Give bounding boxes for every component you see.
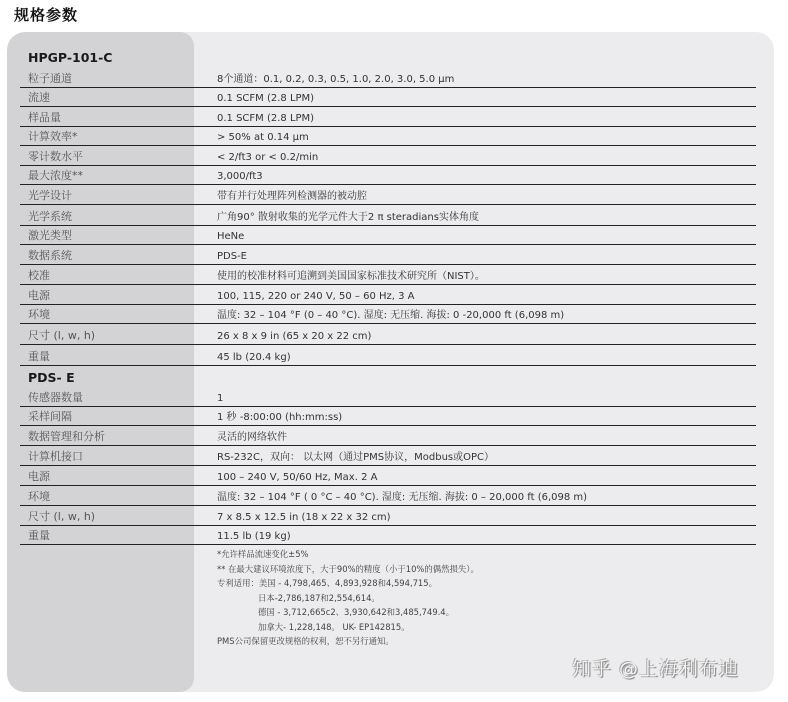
table-row: 光学系统广角90° 散射收集的光学元件大于2 π steradians实体角度 xyxy=(20,205,756,226)
table-row: 校准使用的校准材料可追溯到美国国家标准技术研究所（NIST）。 xyxy=(20,265,756,285)
row-label: 重量 xyxy=(28,348,50,364)
footnote-disclaimer: PMS公司保留更改规格的权利，恕不另行通知。 xyxy=(217,634,479,649)
table-row: 环境温度: 32 – 104 °F (0 – 40 °C). 湿度: 无压缩. … xyxy=(20,305,756,324)
section-title-pds: PDS- E xyxy=(28,370,75,385)
row-value: > 50% at 0.14 µm xyxy=(217,132,309,143)
footnote-concentration: ** 在最大建议环境浓度下，大于90%的精度（小于10%的偶然损失）。 xyxy=(217,562,479,577)
row-label: 流速 xyxy=(28,89,50,105)
table-row: 电源100 – 240 V, 50/60 Hz, Max. 2 A xyxy=(20,466,756,486)
row-label: 计算机接口 xyxy=(28,448,83,464)
table-row: 样品量0.1 SCFM (2.8 LPM) xyxy=(20,107,756,127)
row-label: 最大浓度** xyxy=(28,167,83,183)
row-value: 灵活的网络软件 xyxy=(217,428,287,443)
row-value: 温度: 32 – 104 °F (0 – 40 °C). 湿度: 无压缩. 海拔… xyxy=(217,306,564,321)
table-row: 重量45 lb (20.4 kg) xyxy=(20,345,756,366)
table-row: 环境温度: 32 – 104 °F ( 0 °C – 40 °C). 湿度: 无… xyxy=(20,486,756,506)
table-row: 光学设计带有并行处理阵列检测器的被动腔 xyxy=(20,185,756,205)
row-value: 100, 115, 220 or 240 V, 50 – 60 Hz, 3 A xyxy=(217,291,415,302)
table-row: 尺寸 (l, w, h)26 x 8 x 9 in (65 x 20 x 22 … xyxy=(20,324,756,345)
row-value: 8个通道：0.1, 0.2, 0.3, 0.5, 1.0, 2.0, 3.0, … xyxy=(217,70,454,85)
row-value: 0.1 SCFM (2.8 LPM) xyxy=(217,113,314,124)
table-row: 计算机接口RS-232C，双向： 以太网（通过PMS协议，Modbus或OPC） xyxy=(20,446,756,466)
table-row: 最大浓度**3,000/ft3 xyxy=(20,166,756,185)
spec-card: HPGP-101-C 粒子通道8个通道：0.1, 0.2, 0.3, 0.5, … xyxy=(7,32,774,692)
row-label: 数据管理和分析 xyxy=(28,428,105,444)
row-label: 电源 xyxy=(28,287,50,303)
table-row: 计算效率*> 50% at 0.14 µm xyxy=(20,127,756,146)
footnote-patent-de: 德国 - 3,712,665c2、3,930,642和3,485,749.4。 xyxy=(217,605,479,620)
row-value: 1 秒 -8:00:00 (hh:mm:ss) xyxy=(217,408,342,423)
row-value: 11.5 lb (19 kg) xyxy=(217,531,291,542)
table-row: 粒子通道8个通道：0.1, 0.2, 0.3, 0.5, 1.0, 2.0, 3… xyxy=(20,69,756,88)
row-value: 带有并行处理阵列检测器的被动腔 xyxy=(217,187,367,202)
row-label: 电源 xyxy=(28,468,50,484)
row-label: 零计数水平 xyxy=(28,148,83,164)
row-value: 0.1 SCFM (2.8 LPM) xyxy=(217,93,314,104)
row-value: 使用的校准材料可追溯到美国国家标准技术研究所（NIST）。 xyxy=(217,267,485,282)
row-value: < 2/ft3 or < 0.2/min xyxy=(217,152,318,163)
section-title-hpgp: HPGP-101-C xyxy=(28,50,112,65)
table-row: 数据系统PDS-E xyxy=(20,245,756,265)
row-label: 采样间隔 xyxy=(28,408,72,424)
table-row: 采样间隔1 秒 -8:00:00 (hh:mm:ss) xyxy=(20,407,756,426)
footnote-flow: *允许样品流速变化±5% xyxy=(217,547,479,562)
table-row: 零计数水平< 2/ft3 or < 0.2/min xyxy=(20,146,756,166)
row-value: 100 – 240 V, 50/60 Hz, Max. 2 A xyxy=(217,472,377,483)
row-label: 尺寸 (l, w, h) xyxy=(28,508,95,524)
row-value: HeNe xyxy=(217,231,244,242)
row-label: 激光类型 xyxy=(28,227,72,243)
row-label: 环境 xyxy=(28,488,50,504)
table-row: 电源100, 115, 220 or 240 V, 50 – 60 Hz, 3 … xyxy=(20,285,756,305)
row-value: PDS-E xyxy=(217,251,247,262)
row-label: 校准 xyxy=(28,267,50,283)
row-value: 3,000/ft3 xyxy=(217,171,263,182)
row-value: 广角90° 散射收集的光学元件大于2 π steradians实体角度 xyxy=(217,208,479,223)
row-label: 尺寸 (l, w, h) xyxy=(28,327,95,343)
row-label: 数据系统 xyxy=(28,247,72,263)
row-value: 26 x 8 x 9 in (65 x 20 x 22 cm) xyxy=(217,331,371,342)
footnote-patent-ca-uk: 加拿大- 1,228,148。 UK- EP142815。 xyxy=(217,620,479,635)
row-label: 重量 xyxy=(28,527,50,543)
row-value: 温度: 32 – 104 °F ( 0 °C – 40 °C). 湿度: 无压缩… xyxy=(217,488,587,503)
table-row: 激光类型HeNe xyxy=(20,226,756,245)
row-label: 光学系统 xyxy=(28,208,72,224)
page-title: 规格参数 xyxy=(14,4,78,25)
footnotes: *允许样品流速变化±5% ** 在最大建议环境浓度下，大于90%的精度（小于10… xyxy=(217,547,479,649)
row-label: 粒子通道 xyxy=(28,70,72,86)
row-label: 环境 xyxy=(28,306,50,322)
watermark: 知乎 @上海利布迪 xyxy=(572,654,739,681)
table-row: 流速0.1 SCFM (2.8 LPM) xyxy=(20,88,756,107)
row-value: 1 xyxy=(217,393,223,404)
row-label: 传感器数量 xyxy=(28,389,83,405)
row-label: 样品量 xyxy=(28,109,61,125)
row-value: RS-232C，双向： 以太网（通过PMS协议，Modbus或OPC） xyxy=(217,448,494,463)
row-label: 光学设计 xyxy=(28,187,72,203)
footnote-patent-us: 专利适用：美国 - 4,798,465、4,893,928和4,594,715。 xyxy=(217,576,479,591)
footnote-patent-jp: 日本-2,786,187和2,554,614。 xyxy=(217,591,479,606)
row-label: 计算效率* xyxy=(28,128,78,144)
table-row: 尺寸 (l, w, h)7 x 8.5 x 12.5 in (18 x 22 x… xyxy=(20,506,756,526)
table-row: 重量11.5 lb (19 kg) xyxy=(20,526,756,545)
table-row: 传感器数量1 xyxy=(20,387,756,407)
row-value: 7 x 8.5 x 12.5 in (18 x 22 x 32 cm) xyxy=(217,512,391,523)
table-row: 数据管理和分析灵活的网络软件 xyxy=(20,426,756,446)
row-value: 45 lb (20.4 kg) xyxy=(217,352,291,363)
